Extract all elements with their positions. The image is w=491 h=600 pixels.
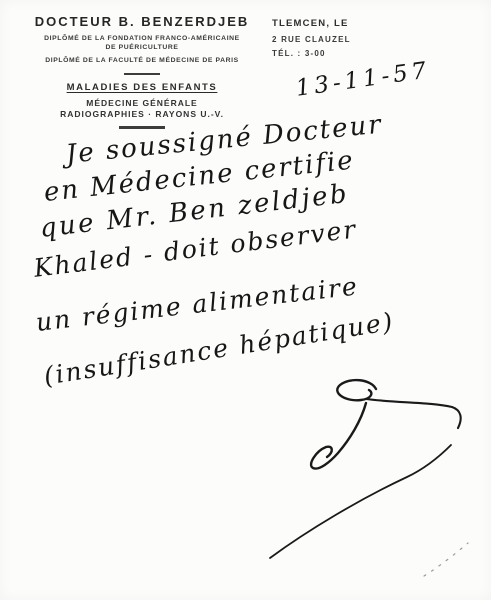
credential-line-1: DIPLÔMÉ DE LA FONDATION FRANCO-AMÉRICAIN… [28,34,256,43]
credential-line-2: DE PUÉRICULTURE [28,43,256,52]
letterhead-left-block: DOCTEUR B. BENZERDJEB DIPLÔMÉ DE LA FOND… [28,14,256,129]
address-line: 2 RUE CLAUZEL [272,35,351,44]
credential-line-3: DIPLÔMÉ DE LA FACULTÉ DE MÉDECINE DE PAR… [28,56,256,65]
service-line-1: MÉDECINE GÉNÉRALE [28,98,256,109]
divider-rule-top [124,73,160,75]
phone-line: TÉL. : 3-00 [272,49,351,58]
letterhead-right-block: TLEMCEN, LE 2 RUE CLAUZEL TÉL. : 3-00 [272,18,351,63]
scanned-medical-certificate: DOCTEUR B. BENZERDJEB DIPLÔMÉ DE LA FOND… [0,0,491,600]
specialty-title: MALADIES DES ENFANTS [28,82,256,93]
handwritten-date: 13-11-57 [294,57,432,102]
doctor-name: DOCTEUR B. BENZERDJEB [28,14,256,29]
city-date-label: TLEMCEN, LE [272,18,351,29]
service-line-2: RADIOGRAPHIES · RAYONS U.-V. [28,109,256,120]
divider-rule-bottom [119,126,165,129]
